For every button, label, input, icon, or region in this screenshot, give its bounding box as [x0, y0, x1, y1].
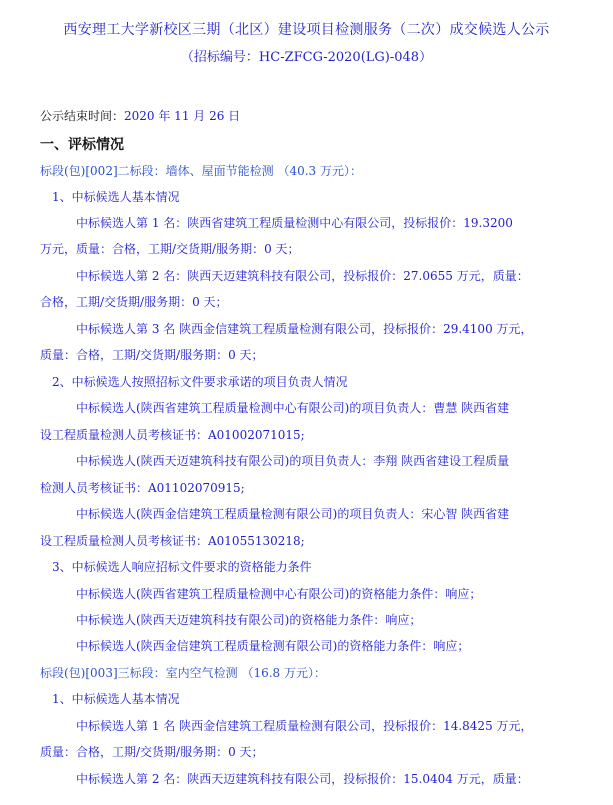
end-time-value: 2020 年 11 月 26 日	[124, 109, 240, 123]
tender-number: （招标编号：HC-ZFCG-2020(LG)-048）	[0, 46, 613, 65]
project-lead-1-cont: 设工程质量检测人员考核证书：A01002071015;	[40, 427, 305, 443]
candidate-rank-2-cont: 合格，工期/交货期/服务期：0 天；	[40, 294, 228, 310]
qualification-1-line: 中标候选人(陕西省建筑工程质量检测中心有限公司)的资格能力条件：响应；	[76, 586, 481, 602]
candidate-rank-3-cont: 质量：合格，工期/交货期/服务期：0 天；	[40, 347, 264, 363]
qualification-2-line: 中标候选人(陕西天迈建筑科技有限公司)的资格能力条件：响应；	[76, 612, 421, 628]
project-lead-2-cont: 检测人员考核证书：A01102070915;	[40, 480, 245, 496]
project-lead-1-line: 中标候选人(陕西省建筑工程质量检测中心有限公司)的项目负责人：曹慧 陕西省建	[76, 400, 509, 416]
lot-003-candidate-rank-1-line: 中标候选人第 1 名 陕西金信建筑工程质量检测有限公司，投标报价：14.8425…	[76, 718, 533, 734]
lot-header-003: 标段(包)[003]三标段：室内空气检测 （16.8 万元）：	[40, 665, 326, 681]
lot-003-candidate-rank-2-line: 中标候选人第 2 名：陕西天迈建筑科技有限公司，投标报价：15.0404 万元，…	[76, 771, 529, 787]
lot-header-002: 标段(包)[002]二标段：墙体、屋面节能检测 （40.3 万元）：	[40, 163, 362, 179]
lot-003-candidate-rank-1-cont: 质量：合格，工期/交货期/服务期：0 天；	[40, 744, 264, 760]
end-time-label: 公示结束时间：	[40, 109, 124, 123]
candidate-rank-3-line: 中标候选人第 3 名 陕西金信建筑工程质量检测有限公司，投标报价：29.4100…	[76, 321, 533, 337]
qualification-3-line: 中标候选人(陕西金信建筑工程质量检测有限公司)的资格能力条件：响应；	[76, 638, 469, 654]
candidate-rank-2-line: 中标候选人第 2 名：陕西天迈建筑科技有限公司，投标报价：27.0655 万元，…	[76, 268, 529, 284]
section-heading-evaluation: 一、评标情况	[40, 134, 124, 154]
candidate-rank-1-cont: 万元，质量：合格，工期/交货期/服务期：0 天；	[40, 241, 300, 257]
candidate-rank-1-line: 中标候选人第 1 名：陕西省建筑工程质量检测中心有限公司，投标报价：19.320…	[76, 215, 513, 231]
lot-002-item2-heading: 2、中标候选人按照招标文件要求承诺的项目负责人情况	[52, 374, 348, 390]
lot-002-item3-heading: 3、中标候选人响应招标文件要求的资格能力条件	[52, 559, 312, 575]
publicity-end-time: 公示结束时间：2020 年 11 月 26 日	[40, 108, 240, 124]
project-lead-3-line: 中标候选人(陕西金信建筑工程质量检测有限公司)的项目负责人：宋心智 陕西省建	[76, 506, 509, 522]
project-lead-2-line: 中标候选人(陕西天迈建筑科技有限公司)的项目负责人：李翔 陕西省建设工程质量	[76, 453, 509, 469]
document-title: 西安理工大学新校区三期（北区）建设项目检测服务（二次）成交候选人公示	[0, 19, 613, 39]
lot-003-item1-heading: 1、中标候选人基本情况	[52, 691, 180, 707]
project-lead-3-cont: 设工程质量检测人员考核证书：A01055130218;	[40, 533, 305, 549]
lot-002-item1-heading: 1、中标候选人基本情况	[52, 189, 180, 205]
